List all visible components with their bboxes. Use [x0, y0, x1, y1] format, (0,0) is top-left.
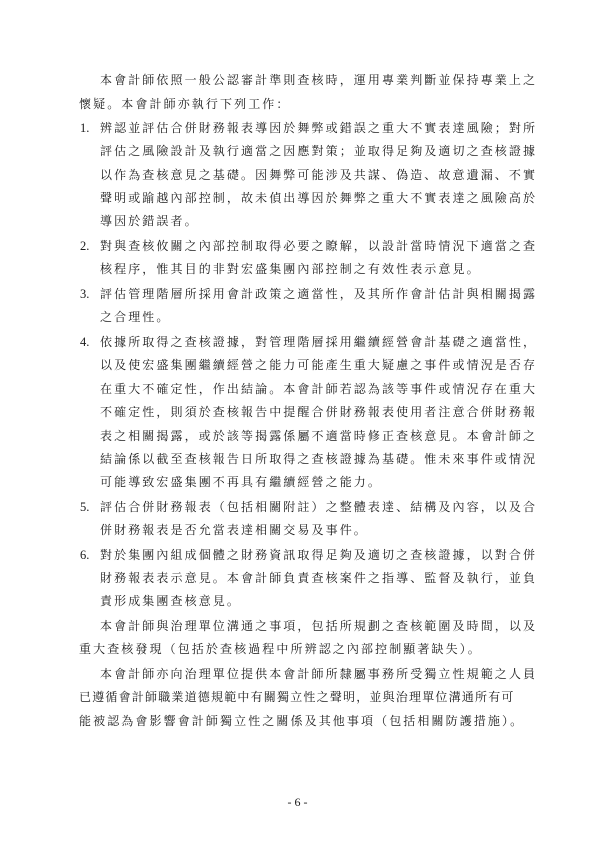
closing-2-line-2: 已遵循會計師職業道德規範中有關獨立性之聲明，並與治理單位溝通所有可 [79, 689, 515, 705]
item-6-line-2: 財務報表表示意見。本會計師負責查核案件之指導、監督及執行，並負 [100, 570, 537, 586]
intro-line-1: 本會計師依照一般公認審計準則查核時，運用專業判斷並保持專業上之 [100, 72, 537, 88]
item-4-line-7: 可能導致宏盛集團不再具有繼續經營之能力。 [100, 474, 382, 490]
closing-2-line-1: 本會計師亦向治理單位提供本會計師所隸屬事務所受獨立性規範之人員 [100, 666, 537, 682]
item-1-line-3: 以作為查核意見之基礎。因舞弊可能涉及共謀、偽造、故意遺漏、不實 [100, 167, 537, 183]
item-3-line-1: 評估管理階層所採用會計政策之適當性，及其所作會計估計與相關揭露 [100, 286, 537, 302]
item-1-line-2: 評估之風險設計及執行適當之因應對策；並取得足夠及適切之查核證據 [100, 143, 537, 159]
item-5-line-1: 評估合併財務報表（包括相關附註）之整體表達、結構及內容，以及合 [100, 499, 537, 515]
item-5-line-2: 併財務報表是否允當表達相關交易及事件。 [100, 522, 368, 538]
item-4-line-1: 依據所取得之查核證據，對管理階層採用繼續經營會計基礎之適當性， [100, 334, 537, 350]
item-3-line-2: 之合理性。 [100, 309, 171, 325]
item-2-line-1: 對與查核攸關之內部控制取得必要之瞭解，以設計當時情況下適當之查 [100, 238, 537, 254]
item-6-line-3: 責形成集團查核意見。 [100, 593, 241, 609]
item-2-line-2: 核程序，惟其目的非對宏盛集團內部控制之有效性表示意見。 [100, 261, 481, 277]
item-4-line-2: 以及使宏盛集團繼續經營之能力可能產生重大疑慮之事件或情況是否存 [100, 357, 537, 373]
item-number: 2. [80, 238, 89, 254]
closing-2-line-3: 能被認為會影響會計師獨立性之關係及其他事項（包括相關防護措施）。 [79, 713, 524, 729]
item-number: 6. [80, 547, 89, 563]
item-6-line-1: 對於集團內組成個體之財務資訊取得足夠及適切之查核證據，以對合併 [100, 547, 537, 563]
item-4-line-5: 表之相關揭露，或於該等揭露係屬不適當時修正查核意見。本會計師之 [100, 428, 537, 444]
item-number: 1. [80, 120, 89, 136]
closing-1-line-1: 本會計師與治理單位溝通之事項，包括所規劃之查核範圍及時間，以及 [100, 618, 537, 634]
item-number: 3. [80, 286, 89, 302]
page-number: - 6 - [0, 795, 595, 810]
item-number: 4. [80, 334, 89, 350]
item-number: 5. [80, 499, 89, 515]
item-1-line-1: 辨認並評估合併財務報表導因於舞弊或錯誤之重大不實表達風險；對所 [100, 120, 537, 136]
item-4-line-3: 在重大不確定性，作出結論。本會計師若認為該等事件或情況存在重大 [100, 381, 537, 397]
item-4-line-6: 結論係以截至查核報告日所取得之查核證據為基礎。惟未來事件或情況 [100, 451, 537, 467]
item-1-line-4: 聲明或踰越內部控制，故未偵出導因於舞弊之重大不實表達之風險高於 [100, 190, 537, 206]
intro-line-2: 懷疑。本會計師亦執行下列工作： [79, 96, 291, 112]
closing-1-line-2: 重大查核發現（包括於查核過程中所辨認之內部控制顯著缺失）。 [79, 641, 482, 657]
document-page: 本會計師依照一般公認審計準則查核時，運用專業判斷並保持專業上之 懷疑。本會計師亦… [0, 0, 595, 842]
item-1-line-5: 導因於錯誤者。 [100, 213, 199, 229]
item-4-line-4: 不確定性，則須於查核報告中提醒合併財務報表使用者注意合併財務報 [100, 404, 537, 420]
